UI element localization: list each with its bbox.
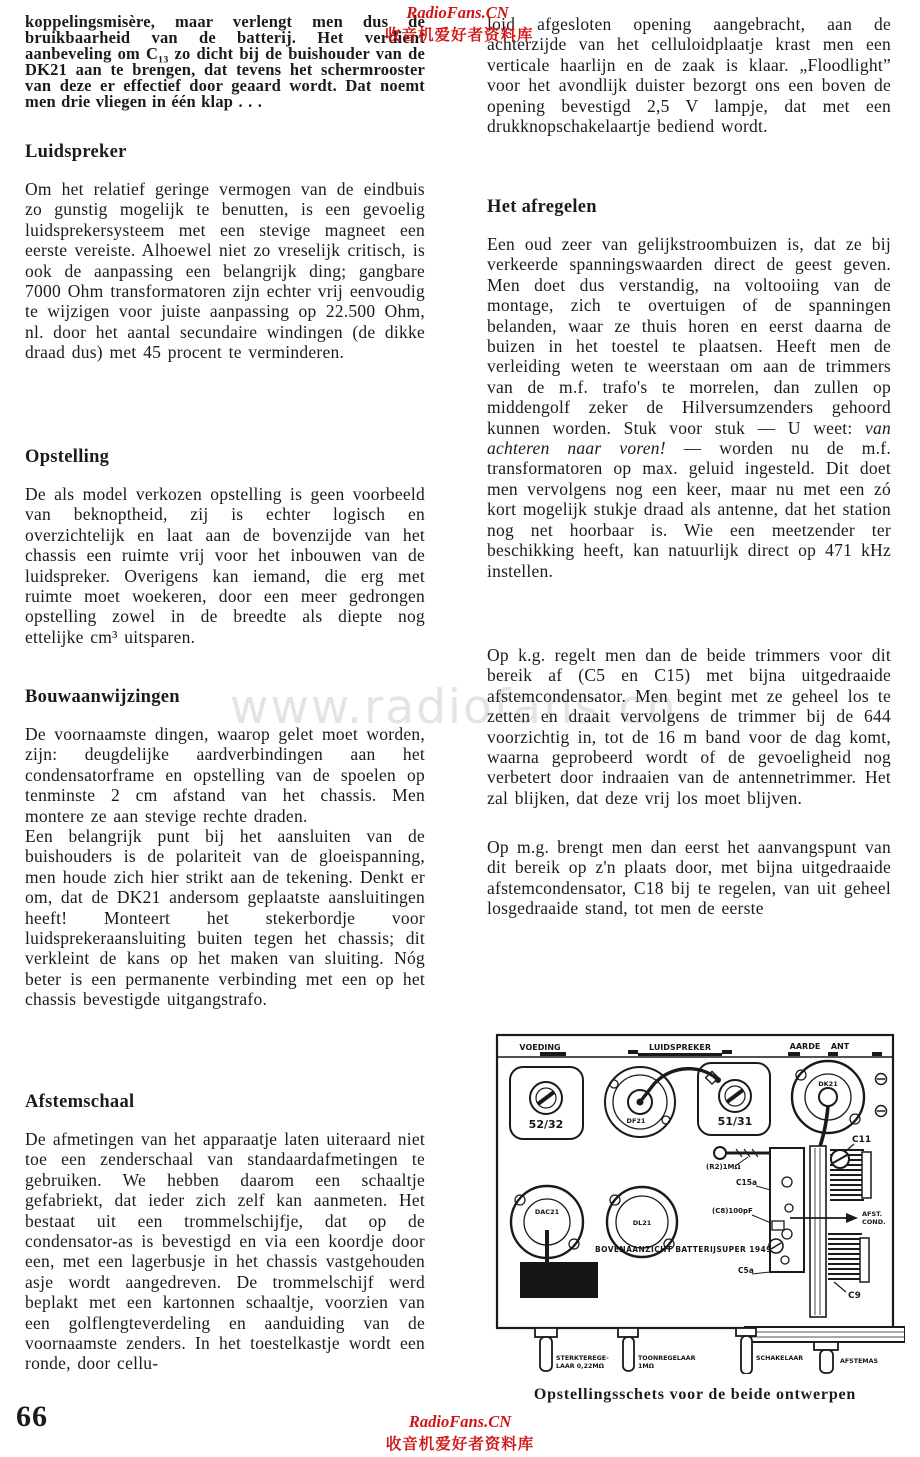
paragraph-bouw-1: De voornaamste dingen, waarop gelet moet… (25, 724, 425, 826)
label-c5a: C5a (738, 1266, 754, 1275)
logo-line2: B — (551, 1285, 568, 1294)
label-aarde: AARDE (790, 1042, 821, 1051)
label-df21: DF21 (627, 1117, 646, 1125)
paragraph-intro-right: loid afgesloten opening aangebracht, aan… (487, 14, 891, 136)
shaft-toonregelaar: TOONREGELAAR 1MΩ (618, 1328, 696, 1371)
top-watermark: RadioFans.CN 收音机爱好者资料库 (385, 3, 530, 45)
watermark-chinese-text: 收音机爱好者资料库 (355, 1432, 565, 1454)
label-toonregelaar-1: TOONREGELAAR (638, 1355, 696, 1362)
text-run: Een oud zeer van gelijkstroombuizen is, … (487, 234, 891, 438)
heading-opstelling: Opstelling (25, 447, 109, 468)
watermark-chinese-text: 收音机爱好者资料库 (385, 23, 530, 45)
label-c9: C9 (848, 1291, 861, 1301)
label-c15a: C15a (736, 1178, 757, 1187)
watermark-site-text: RadioFans.CN (385, 3, 530, 23)
label-dac21: DAC21 (535, 1208, 560, 1216)
heading-het-afregelen: Het afregelen (487, 197, 597, 218)
label-luidspreker: LUIDSPREKER (649, 1043, 711, 1052)
drive-rod (745, 1327, 905, 1342)
heading-afstemschaal: Afstemschaal (25, 1092, 134, 1113)
heading-luidspreker: Luidspreker (25, 142, 127, 163)
heading-bouwaanwijzingen: Bouwaanwijzingen (25, 687, 180, 708)
paragraph-afstemschaal: De afmetingen van het apparaatje laten u… (25, 1129, 425, 1374)
label-c11: C11 (852, 1135, 871, 1145)
paragraph-opstelling: De als model verkozen opstelling is geen… (25, 484, 425, 647)
label-schakelaar: SCHAKELAAR (756, 1355, 803, 1362)
page-number: 66 (16, 1400, 48, 1434)
label-afstemas: AFSTEMAS (840, 1358, 878, 1365)
board-title: BOVENAANZICHT BATTERIJSUPER 1949 (595, 1245, 772, 1254)
label-c8: (C8)100pF (712, 1207, 753, 1215)
text-run: — worden nu de m.f. transformatoren op m… (487, 438, 891, 580)
chassis-diagram: VOEDING LUIDSPREKER AARDE ANT 52/32 DF21… (490, 1022, 905, 1374)
radio-bulletin-logo: RADIO B — (520, 1262, 598, 1298)
shaft-afstemas: AFSTEMAS (814, 1342, 878, 1373)
logo-line1: RADIO (532, 1268, 585, 1282)
label-toonregelaar-2: 1MΩ (638, 1363, 655, 1370)
label-sterkteregelaar-2: LAAR 0,22MΩ (556, 1363, 605, 1370)
paragraph-afregelen-2: Op k.g. regelt men dan de beide trimmers… (487, 645, 891, 808)
label-ant: ANT (831, 1042, 850, 1051)
label-afst-1: AFST. (862, 1210, 882, 1218)
figure-caption: Opstellingsschets voor de beide ontwerpe… (497, 1386, 893, 1404)
label-51-31: 51/31 (718, 1115, 753, 1128)
chassis-top-view-figure: VOEDING LUIDSPREKER AARDE ANT 52/32 DF21… (490, 1022, 905, 1379)
label-dl21: DL21 (633, 1219, 652, 1227)
paragraph-bouwaanwijzingen: De voornaamste dingen, waarop gelet moet… (25, 724, 425, 1010)
watermark-site-text: RadioFans.CN (355, 1412, 565, 1432)
label-sterkteregelaar-1: STERKTEREGE- (556, 1355, 609, 1362)
label-dk21: DK21 (818, 1080, 838, 1088)
paragraph-intro-left: koppelingsmisère, maar verlengt men dus … (25, 14, 425, 110)
paragraph-bouw-2: Een belangrijk punt bij het aansluiten v… (25, 826, 425, 1010)
paragraph-luidspreker: Om het relatief geringe vermogen van de … (25, 179, 425, 363)
label-52-32: 52/32 (529, 1118, 564, 1131)
label-voeding: VOEDING (519, 1043, 560, 1052)
paragraph-afregelen-1: Een oud zeer van gelijkstroombuizen is, … (487, 234, 891, 581)
label-afst-2: COND. (862, 1218, 886, 1226)
bottom-watermark: RadioFans.CN 收音机爱好者资料库 (355, 1412, 565, 1454)
label-r2: (R2)1MΩ (706, 1163, 740, 1171)
shaft-sterkteregelaar: STERKTEREGE- LAAR 0,22MΩ (535, 1328, 609, 1371)
paragraph-afregelen-3: Op m.g. brengt men dan eerst het aanvang… (487, 837, 891, 919)
